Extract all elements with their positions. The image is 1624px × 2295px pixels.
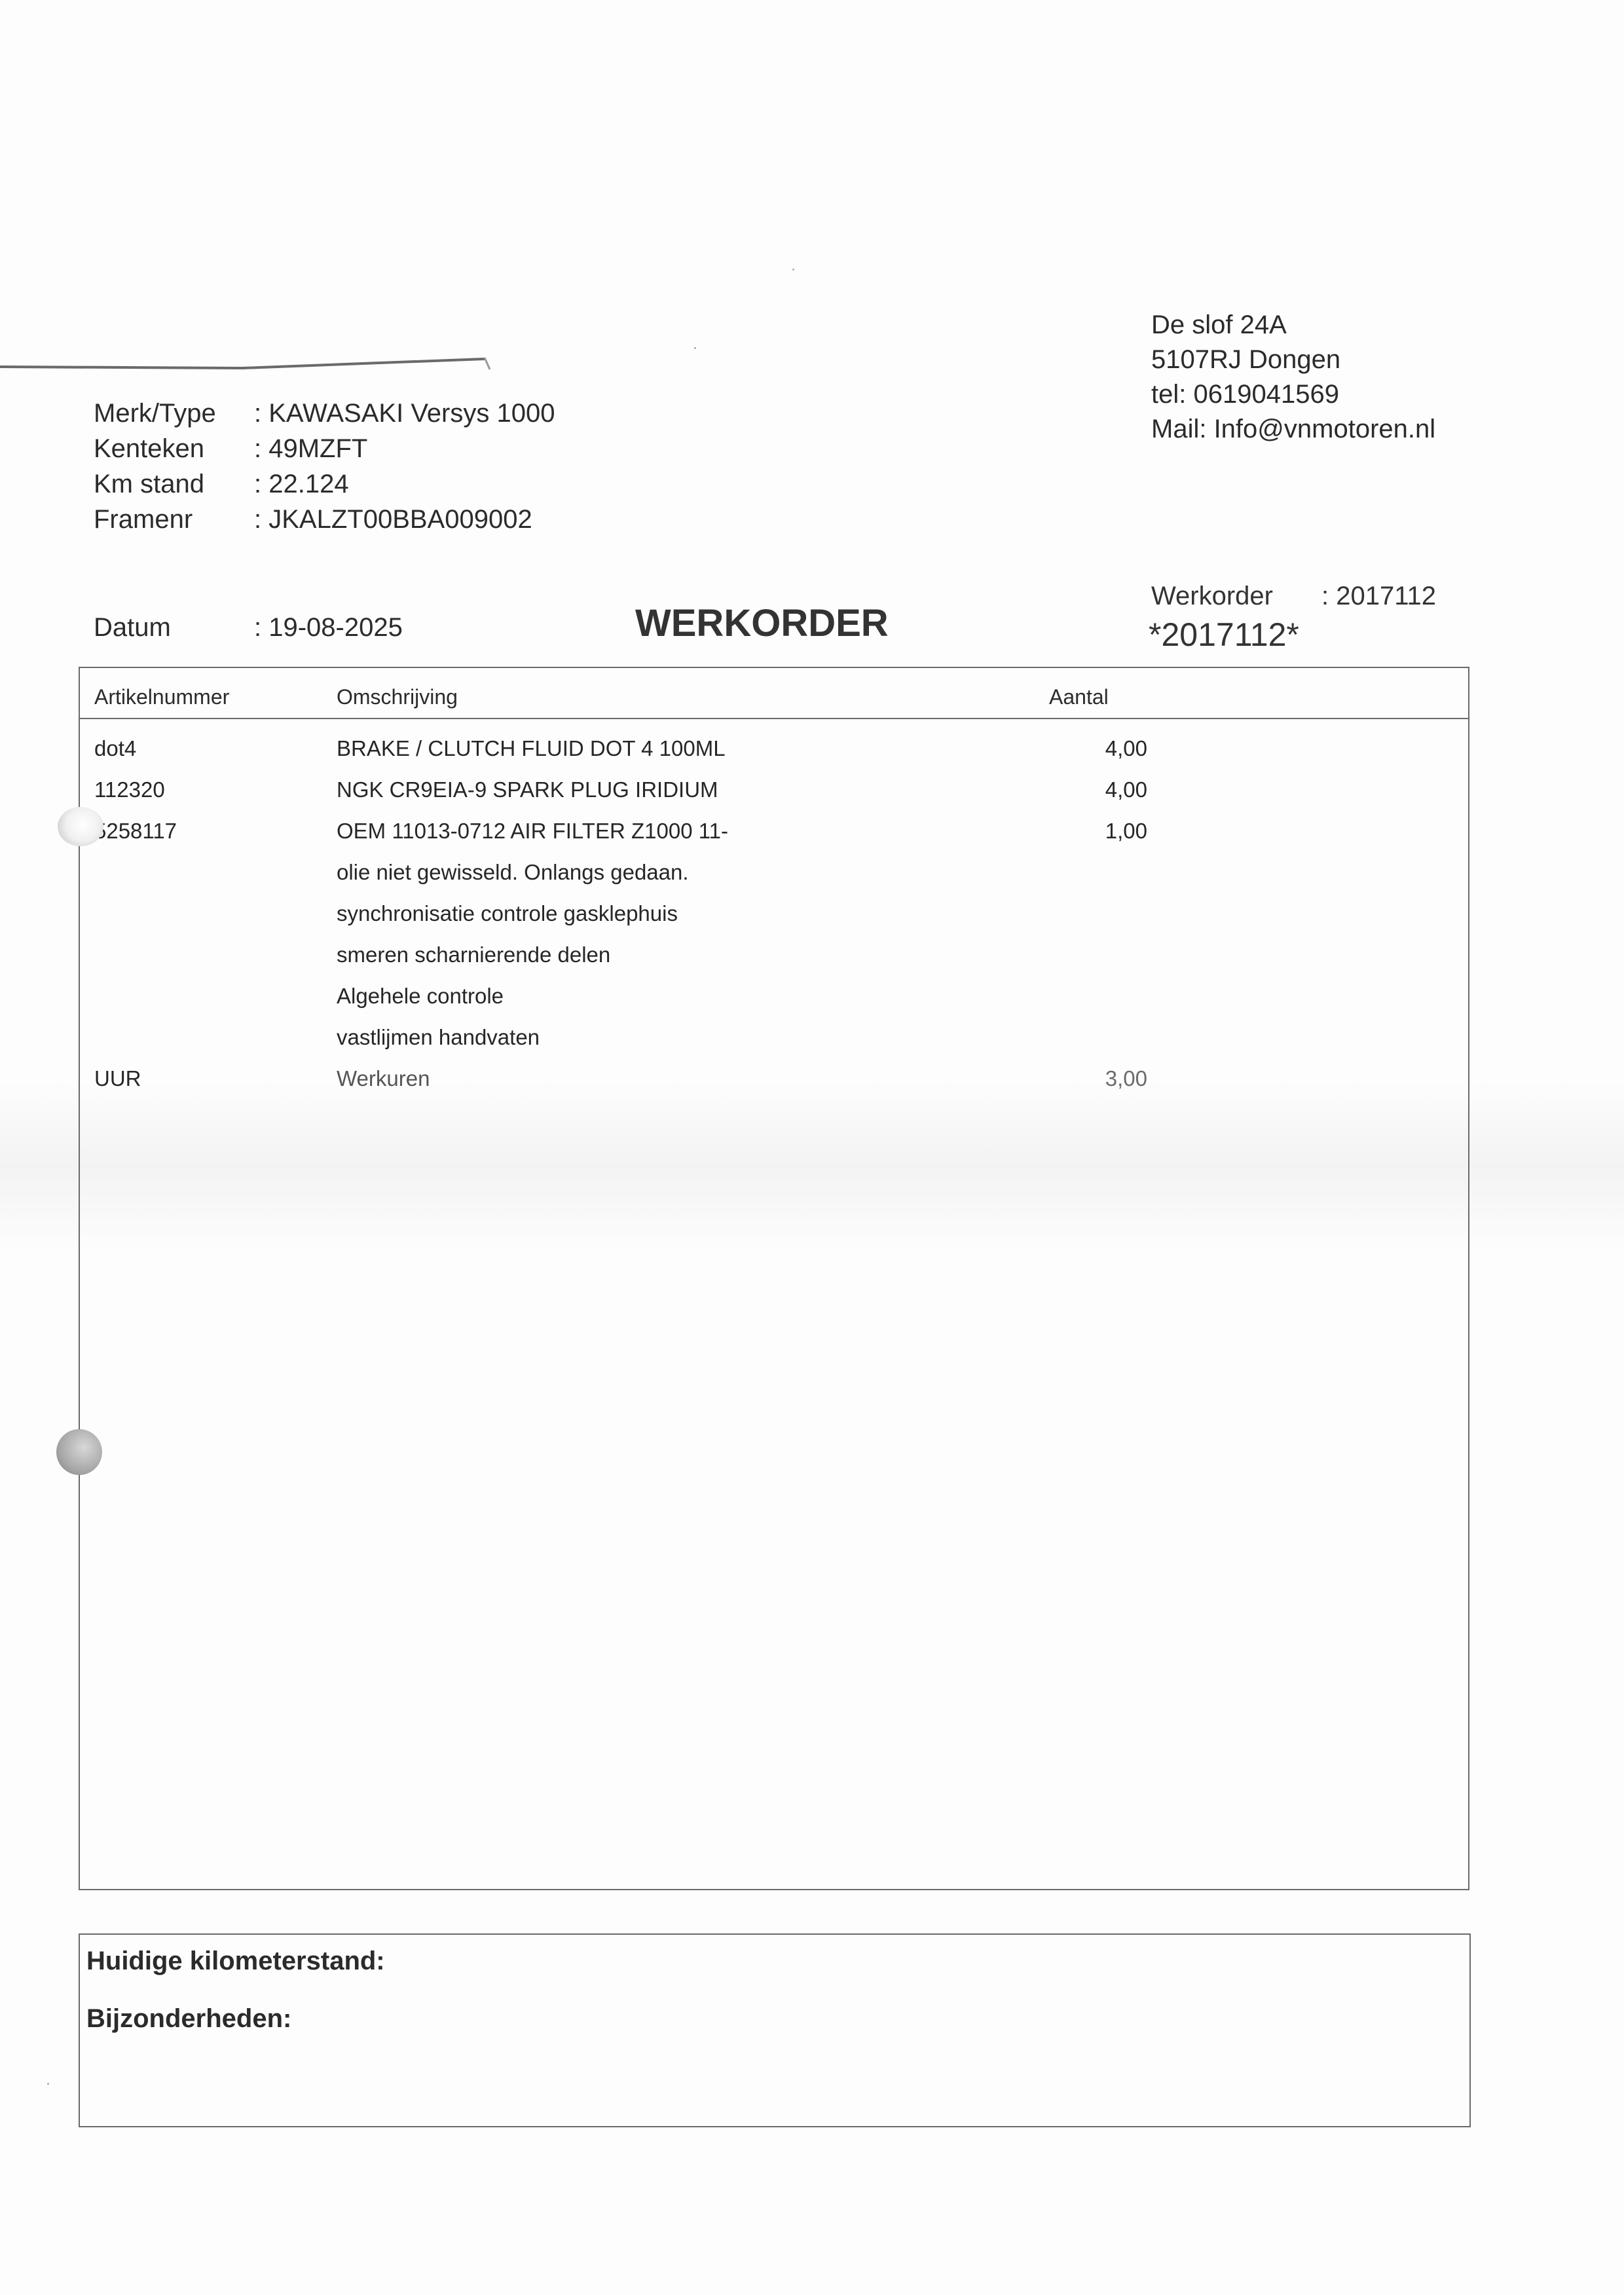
field-label: Kenteken [94,431,254,466]
field-value: : KAWASAKI Versys 1000 [254,396,555,431]
cell-description: smeren scharnierende delen [337,942,610,967]
vehicle-field-make: Merk/Type : KAWASAKI Versys 1000 [94,396,555,431]
table-row: dot4 BRAKE / CLUTCH FLUID DOT 4 100ML 4,… [80,718,1468,759]
company-street: De slof 24A [1151,308,1435,343]
date-row: Datum : 19-08-2025 [94,613,403,643]
company-city: 5107RJ Dongen [1151,343,1435,377]
company-email: Mail: Info@vnmotoren.nl [1151,412,1435,447]
workorder-number-row: Werkorder: 2017112 [1151,582,1436,611]
cell-description: Algehele controle [337,984,504,1009]
header-description: Omschrijving [337,685,458,709]
paper-fold-edge [0,354,491,373]
workorder-value: : 2017112 [1321,582,1436,610]
table-body: dot4 BRAKE / CLUTCH FLUID DOT 4 100ML 4,… [80,718,1468,1089]
punch-hole [56,1429,102,1475]
field-value: : 49MZFT [254,431,367,466]
table-row: Algehele controle [80,965,1468,1007]
cell-description: BRAKE / CLUTCH FLUID DOT 4 100ML [337,736,726,761]
table-row: smeren scharnierende delen [80,924,1468,965]
table-row: UUR Werkuren 3,00 [80,1048,1468,1089]
cell-description: vastlijmen handvaten [337,1025,540,1050]
vehicle-field-mileage: Km stand : 22.124 [94,466,555,502]
table-row: 112320 NGK CR9EIA-9 SPARK PLUG IRIDIUM 4… [80,759,1468,800]
table-row: synchronisatie controle gasklephuis [80,883,1468,924]
cell-article: UUR [94,1066,141,1091]
table-row: olie niet gewisseld. Onlangs gedaan. [80,842,1468,883]
details-label: Bijzonderheden: [86,2004,291,2034]
field-value: : JKALZT00BBA009002 [254,502,532,537]
cell-description: Werkuren [337,1066,430,1091]
items-table: Artikelnummer Omschrijving Aantal dot4 B… [79,667,1469,1890]
cell-quantity: 4,00 [1069,736,1147,761]
company-address-block: De slof 24A 5107RJ Dongen tel: 061904156… [1151,308,1435,447]
workorder-barcode: *2017112* [1149,616,1299,654]
date-value: : 19-08-2025 [254,613,403,643]
field-label: Merk/Type [94,396,254,431]
vehicle-info: Merk/Type : KAWASAKI Versys 1000 Kenteke… [94,396,555,537]
scan-speck [694,347,696,349]
cell-description: olie niet gewisseld. Onlangs gedaan. [337,860,689,885]
header-article: Artikelnummer [94,685,229,709]
cell-description: NGK CR9EIA-9 SPARK PLUG IRIDIUM [337,777,718,802]
field-value: : 22.124 [254,466,349,502]
cell-article: 112320 [94,777,165,802]
cell-quantity: 1,00 [1069,819,1147,844]
scan-speck [47,2083,49,2085]
date-label: Datum [94,613,254,643]
workorder-label: Werkorder [1151,582,1321,611]
punch-hole [58,807,103,846]
field-label: Km stand [94,466,254,502]
field-label: Framenr [94,502,254,537]
scan-speck [792,269,794,271]
cell-description: OEM 11013-0712 AIR FILTER Z1000 11- [337,819,728,844]
vehicle-field-frame: Framenr : JKALZT00BBA009002 [94,502,555,537]
remarks-box: Huidige kilometerstand: Bijzonderheden: [79,1933,1471,2127]
table-row: 5258117 OEM 11013-0712 AIR FILTER Z1000 … [80,800,1468,842]
cell-article: 5258117 [94,819,177,844]
cell-quantity: 3,00 [1069,1066,1147,1091]
company-phone: tel: 0619041569 [1151,377,1435,412]
header-quantity: Aantal [1049,685,1109,709]
cell-article: dot4 [94,736,136,761]
cell-description: synchronisatie controle gasklephuis [337,901,678,926]
current-km-label: Huidige kilometerstand: [86,1947,385,1976]
vehicle-field-plate: Kenteken : 49MZFT [94,431,555,466]
table-row: vastlijmen handvaten [80,1007,1468,1048]
table-header: Artikelnummer Omschrijving Aantal [80,668,1468,719]
document-title: WERKORDER [635,601,889,645]
cell-quantity: 4,00 [1069,777,1147,802]
